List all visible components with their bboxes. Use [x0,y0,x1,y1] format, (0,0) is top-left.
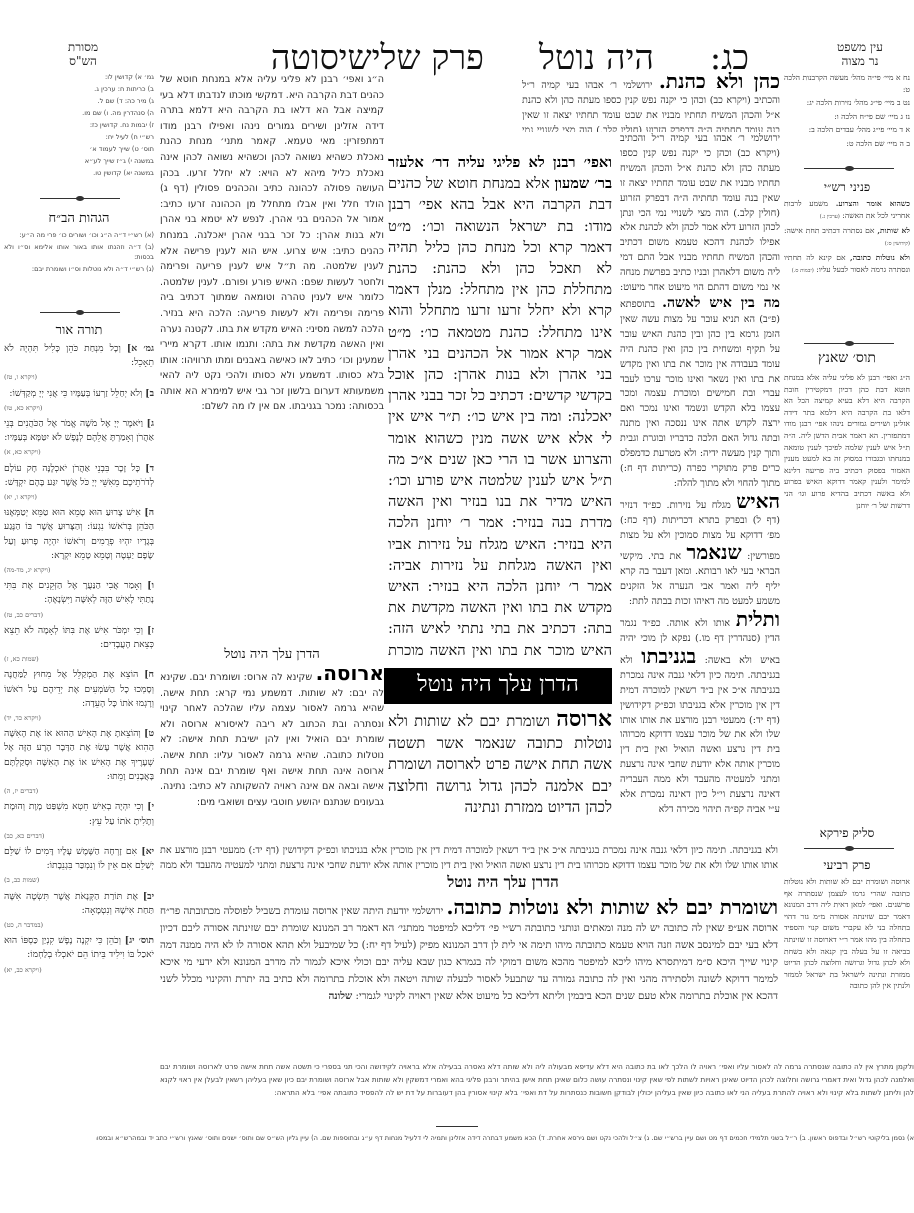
divider-ornament [40,198,120,199]
heading-line-1: מסורת [48,40,118,54]
verse-ref: (שמות כא, ז) [4,652,154,666]
tosafot-column: ירושלמי ר׳ אבהו בעי קמיה ר״ל והכתיב (ויק… [620,132,780,832]
entry-mark: ד] [145,463,154,474]
verse-text: כָּל זָכָר בִּבְנֵי אַהֲרֹן יֹאכְלֶנָּה … [4,463,154,488]
entry-mark: ח] [144,669,154,680]
masoret-hashas-list: גמ׳ א) קדושין לו: ב) כריתות ח: ערכין ג. … [4,72,154,180]
ein-mishpat-entry: נח א מיי׳ פי״ה מהל׳ מעשה הקרבנות הלכה ט: [784,72,910,95]
gemara-body: אלא במנחת חוטא של כהנים דבת הקרבה היא אב… [388,175,612,664]
masoret-entry: ז) יבמות נח. קדושין כז: [4,120,154,130]
peninei-rashi-list: כשהוא אומר והצרוע. משמע לרבות אחריני לכל… [784,198,910,318]
masoret-entry: ה) סנהדרין מה. ו) שם מו. [4,108,154,118]
divider-ornament [804,848,894,849]
verse-ref: (דברים כא, כב) [4,829,154,843]
torah-or-entry: גמ׳ א] וְכָל מִנְחַת כֹּהֵן כָּלִיל תִּה… [4,342,154,385]
tosafot-text: ירושלמי יודעת היתה שאין ארוסה עומדת בשבי… [160,906,778,1002]
torah-or-entry: ו] וְאָמַר אֲבִי הַנַּעֲרָ אֶל הַזְּקֵנִ… [4,579,154,622]
verse-ref: (במדבר ה, כט) [4,918,154,932]
perek-revii-title: פרק רביעי [784,858,910,873]
heading-line-1: עין משפט [818,40,902,54]
verse-text: וְהוֹצֵאתָ אֶת הָאִישׁ הַהוּא אוֹ אֶת הָ… [4,728,154,782]
gemara-text: ואפי׳ רבנן לא פליגי עליה דר׳ אלעזר בר׳ ש… [388,152,612,664]
masoret-entry: ג) מיר כה: ד) שם ל. [4,96,154,106]
torah-or-entry: ח] הוֹצֵא אֶת הַמְקַלֵּל אֶל מִחוּץ לַמַ… [4,668,154,725]
gemara-spacer [388,132,618,150]
tosafot-dibur: ושומרת יבם לא שותות ולא נוטלות כתובה. [447,898,778,919]
verse-text: אִישׁ צָרוּעַ הוּא טָמֵא הוּא טַמֵּא יְט… [4,507,154,561]
divider-ornament [40,312,120,313]
verse-ref: (ויקרא ו, יא) [4,490,154,504]
ein-mishpat-entry: ב ה מיי׳ שם הלכה ט: [784,138,910,150]
tosafot-bigword: ותלית [736,607,780,631]
verse-ref: (ויקרא יג, מד-מה) [4,563,154,577]
entry-mark: ו] [147,580,154,591]
heading-line-2: נר מצוה [818,54,902,68]
torah-or-entry: יב] אֶת תּוֹרַת הַקְּנָאֹת אֲשֶׁר תִּשְׂ… [4,890,154,933]
heading-line-2: הש"ס [48,54,118,68]
divider-ornament [804,343,894,344]
torah-or-entry: תוס׳ יג] וְכֹהֵן כִּי יִקְנֶה נֶפֶשׁ קִנ… [4,934,154,977]
masoret-entry: ב) כריתות ח: ערכין ג. [4,84,154,94]
tosafot-text: ולא בגניבתה. תימה כיון דלאי גנבה אינה נמ… [620,655,780,815]
hagahot-entry: (ב) ד״ה וזהנתו אותו באור אותו אלימא וס״ו… [4,242,154,262]
entry-head: לא שותות, [877,226,910,235]
masoret-entry: גמ׳ א) קדושין לו: [4,72,154,82]
torah-or-title: תורה אור [4,322,154,338]
entry-ref: (ערכין ג.) [820,214,840,220]
hagahot-entry: (א) רש״י ד״ה ה״ג וכו׳ ושורים כו׳ פרי מה … [4,230,154,240]
masoret-entry: תוס׳ ט) שייך לעמוד א׳ [4,144,154,154]
rashi-mishnah-commentary: ארוסה. שקינא לה ארוס: ושומרת יבם. שקינא … [160,664,384,842]
torah-or-list: גמ׳ א] וְכָל מִנְחַת כֹּהֵן כָּלִיל תִּה… [4,342,154,1202]
torah-or-entry: ד] כָּל זָכָר בִּבְנֵי אַהֲרֹן יֹאכְלֶנָ… [4,462,154,505]
tosafot-shanz-title: תוס׳ שאנץ [784,350,910,367]
ein-mishpat-entry: נט ב מיי׳ פי״ג מהל׳ נזירות הלכה יג: [784,97,910,109]
entry-mark: יא] [141,846,154,857]
siyum-label: סליק פירקא [784,826,910,841]
tosafot-closing-lines: ולא בגניבתה. תימה כיון דלאי גנבה אינה נמ… [160,844,778,869]
tosafot-continuation: ירושלמי ר׳ אבהו בעי קמיה ר״ל והכתיב (ויק… [620,133,780,293]
hagahot-habach-title: הגהות הב״ח [4,210,154,226]
tosafot-bigword: שנאמר [687,540,742,564]
entry-mark: י] [147,801,154,812]
entry-mark: גמ׳ א] [127,343,154,354]
tosafot-siyum: שלונה [328,990,352,1002]
masoret-hashas-heading: מסורת הש"ס [48,40,118,68]
tosafot-shanz-text: ה״ג ואפי׳ רבנן לא פליגי עליה אלא במנחת ח… [784,372,910,812]
entry-mark: ז] [147,625,154,636]
entry-mark: יב] [143,891,154,902]
peninei-rashi-entry: ולא נוטלות כתובה, אם קינא לה תחתיו ונסתר… [784,252,910,277]
mishnah-text: ארוסה ושומרת יבם לא שותות ולא נוטלות כתו… [388,710,612,838]
rashi-text: שקינא לה ארוס: ושומרת יבם. שקינא לה יבם:… [160,672,384,808]
ein-mishpat-heading: עין משפט נר מצוה [818,40,902,68]
peninei-rashi-entry: לא שותות, אם נסתרה דכתיב תחת אישה: (קידו… [784,225,910,250]
entry-mark: תוס׳ יג] [125,935,154,946]
rashi-hadran: הדרן עלך היה נוטל [160,646,384,664]
ein-mishpat-entry: נז ג מיי׳ שם פי״ח הלכה ו: [784,111,910,123]
verse-text: הוֹצֵא אֶת הַמְקַלֵּל אֶל מִחוּץ לַמַּחֲ… [4,669,154,708]
ein-mishpat-list: נח א מיי׳ פי״ה מהל׳ מעשה הקרבנות הלכה ט:… [784,72,910,162]
verse-ref: (ויקרא ו, טז) [4,370,154,384]
entry-text: אם נסתרה דכתיב תחת אישה: [784,226,874,235]
footnote-rule [436,1126,478,1127]
torah-or-entry: יא] אִם זָרְחָה הַשֶּׁמֶשׁ עָלָיו דָּמִי… [4,845,154,888]
rashi-dibur: ארוסה. [316,664,384,685]
tosafot-text: ולא בגניבתה. תימה כיון דלאי גנבה אינה נמ… [160,845,778,869]
entry-head: ולא נוטלות כתובה, [850,253,910,262]
torah-or-entry: י] וְכִי יִהְיֶה בְאִישׁ חֵטְא מִשְׁפַּט… [4,800,154,843]
tosafot-bottom: ושומרת יבם לא שותות ולא נוטלות כתובה. יר… [160,898,778,1038]
verse-text: אִם זָרְחָה הַשֶּׁמֶשׁ עָלָיו דָּמִים לו… [4,846,154,871]
tosafot-bigword: בגניבתו [641,644,696,668]
entry-mark: ט] [144,728,154,739]
torah-or-entry: ג] וַיֹּאמֶר יְיָ אֶל מֹשֶׁה אֱמֹר אֶל ה… [4,417,154,460]
torah-or-entry: ה] אִישׁ צָרוּעַ הוּא טָמֵא הוּא טַמֵּא … [4,506,154,577]
entry-ref: (יבמות ס.) [792,268,814,274]
footnotes: א) נסמן בליקוטי רש״ל ובדפוס ראשון. ב) ר״… [96,1132,914,1146]
tosafot-dibur-hamatchil: כהן ולא כהנת. [659,72,780,93]
verse-ref: (ויקרא כא, א) [4,445,154,459]
hagahot-entry: (ג) רש״י ד״ה ולא נוטלות וס״ו ושומרת יבם: [4,264,154,274]
tosafot-text: בתוספתא (פ״ב) הא תניא עובר על מצות עשה ש… [620,299,780,459]
tosafot-hadran: הדרן עלך היה נוטל [388,870,618,894]
rashi-text: ה״ג ואפי׳ רבנן לא פליגי עליה אלא במנחת ח… [160,74,384,412]
torah-or-entry: ב] וְלֹא יְחַלֵּל זַרְעוֹ בְּעַמָּיו כִּ… [4,387,154,415]
verse-ref: (דברים כב, טז) [4,608,154,622]
torah-or-entry: ז] וְכִי יִמְכֹּר אִישׁ אֶת בִּתּוֹ לְאָ… [4,624,154,667]
peninei-rashi-title: פניני רש״י [784,180,910,195]
entry-mark: ב] [145,388,154,399]
entry-mark: ה] [144,507,154,518]
rashi-column: ה״ג ואפי׳ רבנן לא פליגי עליה אלא במנחת ח… [160,72,384,642]
verse-text: אֶת תּוֹרַת הַקְּנָאֹת אֲשֶׁר תִּשְׂטֶה … [4,891,154,916]
masoret-entry: במשנה יא) קדושין טו. [4,168,154,178]
peninei-rashi-entry: כשהוא אומר והצרוע. משמע לרבות אחריני לכל… [784,198,910,223]
tosafot-dibur: מה בין איש לאשה. [662,295,780,311]
verse-text: וְכִי יִמְכֹּר אִישׁ אֶת בִּתּוֹ לְאָמָה… [4,625,154,650]
torah-or-entry: ט] וְהוֹצֵאתָ אֶת הָאִישׁ הַהוּא אוֹ אֶת… [4,727,154,798]
tosafot-opening: כהן ולא כהנת. ירושלמי ר׳ אבהו בעי קמיה ר… [522,72,780,132]
mishnah-opening-word: ארוסה [556,710,612,732]
hadran-banner: הדרן עלך היה נוטל [384,668,612,704]
tosafot-bigword: האיש [736,489,780,513]
entry-head: כשהוא אומר והצרוע. [836,199,910,208]
verse-text: וַיֹּאמֶר יְיָ אֶל מֹשֶׁה אֱמֹר אֶל הַכֹ… [4,418,154,443]
entry-ref: (קידושין ס:) [885,241,910,247]
verse-ref: (ויקרא כא, טו) [4,401,154,415]
verse-text: וְכִי יִהְיֶה בְאִישׁ חֵטְא מִשְׁפַּט מָ… [4,801,154,826]
masoret-entry: במשנה י) ג״ז שייך לע״א [4,156,154,166]
verse-ref: (ויקרא כד, יד) [4,711,154,725]
entry-mark: ג] [147,418,154,429]
verse-text: וְלֹא יְחַלֵּל זַרְעוֹ בְּעַמָּיו כִּי א… [9,388,142,399]
ein-mishpat-entry: א ד מיי׳ פי״ג מהל׳ עבדים הלכה ב: [784,124,910,136]
hagahot-habach-list: (א) רש״י ד״ה ה״ג וכו׳ ושורים כו׳ פרי מה … [4,230,154,300]
masoret-entry: רש״י ח) לעיל יח: [4,132,154,142]
verse-text: וְאָמַר אֲבִי הַנַּעֲרָ אֶל הַזְּקֵנִים … [4,580,154,605]
divider-ornament [804,168,894,169]
verse-ref: (ויקרא כב, יא) [4,963,154,977]
verse-ref: (שמות כב, ב) [4,873,154,887]
verse-ref: (דברים יז, ה) [4,784,154,798]
